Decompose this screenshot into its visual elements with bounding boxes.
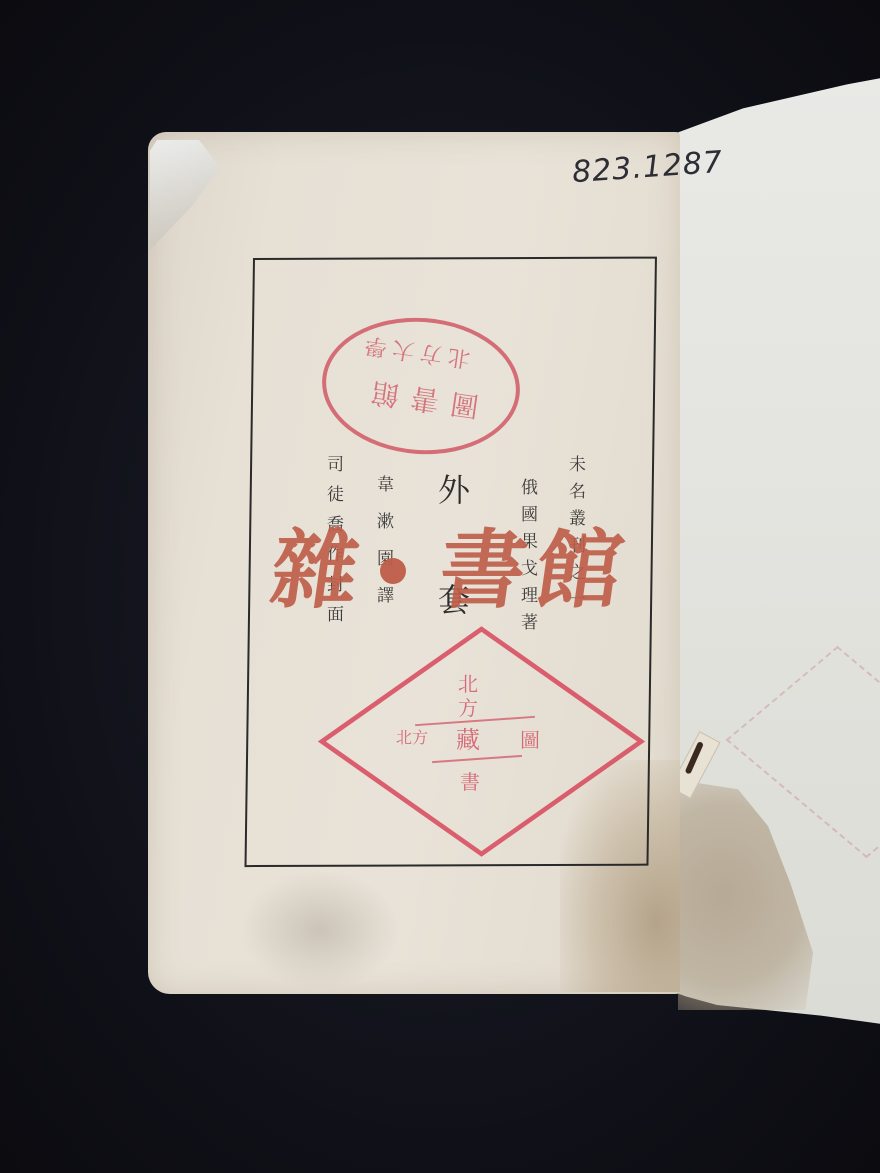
oval-stamp-top-text: 北方大學 <box>357 332 471 369</box>
stamp-rule-bottom <box>432 755 522 763</box>
diamond-stamp-char-2: 方 <box>458 698 478 718</box>
title-char-1: 外 <box>438 474 470 506</box>
watermark-char-1: 雜 <box>266 528 364 614</box>
watermark-char-2: 書 <box>434 528 532 614</box>
diamond-stamp-char-3: 藏 <box>456 728 480 752</box>
diamond-stamp-left-text: 北方 <box>396 730 428 746</box>
diamond-stamp-char-4: 書 <box>460 772 480 792</box>
watermark-char-3: 館 <box>530 528 628 614</box>
smudge <box>240 870 400 990</box>
diamond-stamp-char-1: 北 <box>458 674 478 694</box>
watermark-dot <box>380 558 406 584</box>
oval-stamp-bottom-text: 圖書館 <box>358 376 481 420</box>
diamond-stamp-right-text: 圖 <box>520 730 540 750</box>
watermark-overlay: 雜 書 館 <box>272 528 622 614</box>
diamond-stamp-contents: 北 方 藏 書 北方 圖 <box>360 660 580 815</box>
